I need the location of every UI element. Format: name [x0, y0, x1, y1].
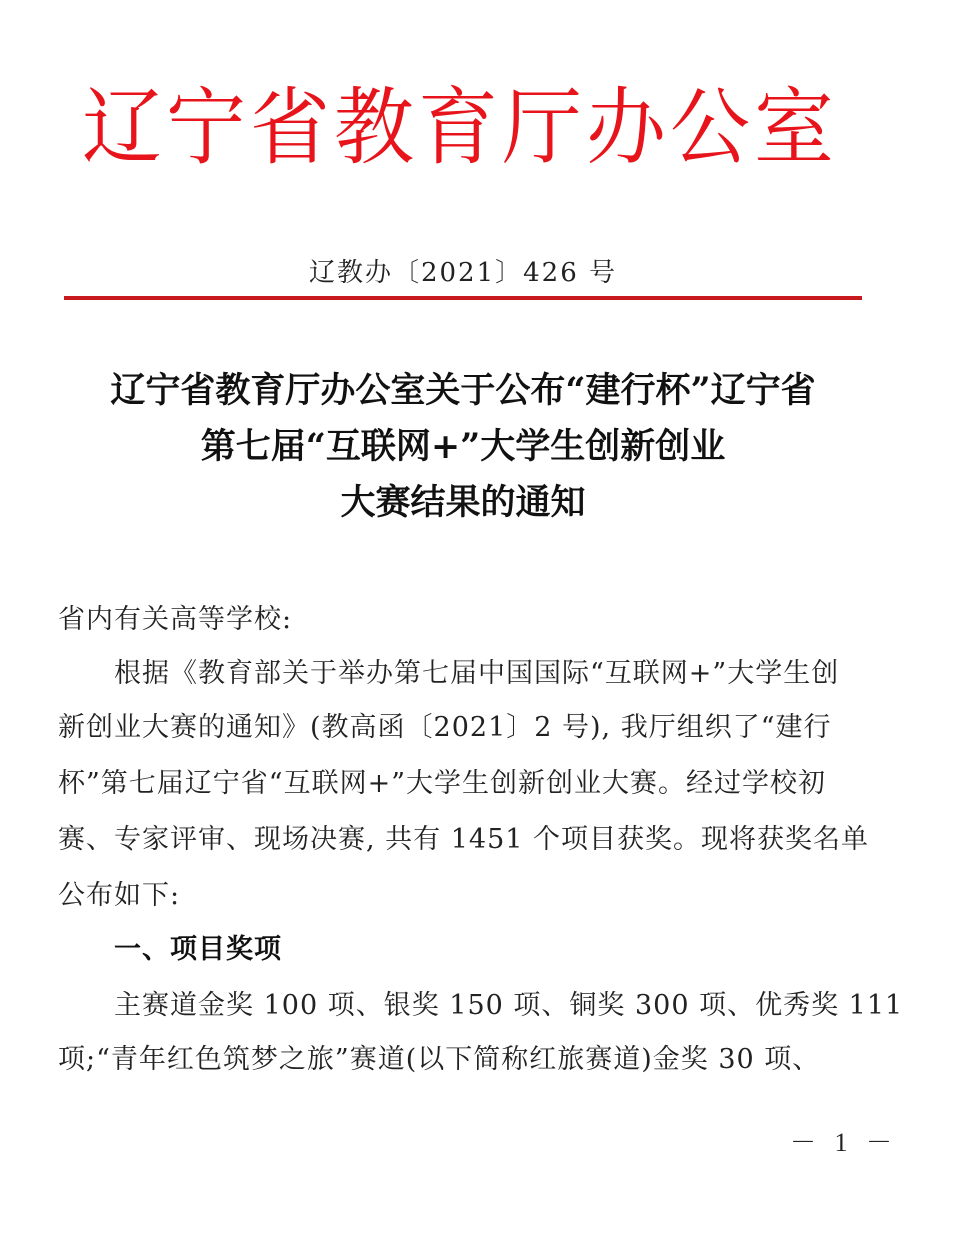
letterhead-char: 辽 [82, 76, 166, 181]
paragraph2-line: 主赛道金奖 100 项、银奖 150 项、铜奖 300 项、优秀奖 111 [114, 986, 870, 1026]
letterhead-char: 办 [586, 76, 670, 181]
notice-title-line-2: 第七届“互联网+”大学生创新创业 [0, 420, 926, 474]
paragraph2-line: 项;“青年红色筑梦之旅”赛道(以下简称红旅赛道)金奖 30 项、 [58, 1040, 870, 1080]
section-heading: 一、项目奖项 [114, 930, 870, 970]
letterhead-char: 宁 [166, 76, 250, 181]
paragraph1-line: 公布如下: [58, 876, 870, 916]
document-page: 辽 宁 省 教 育 厅 办 公 室 辽教办〔2021〕426 号 辽宁省教育厅办… [0, 0, 966, 1236]
letterhead-char: 厅 [502, 76, 586, 181]
paragraph1-line: 杯”第七届辽宁省“互联网+”大学生创新创业大赛。经过学校初 [58, 764, 870, 804]
document-number: 辽教办〔2021〕426 号 [0, 252, 926, 289]
page-number: － 1 － [790, 1122, 898, 1159]
letterhead-char: 教 [334, 76, 418, 181]
red-divider-rule [64, 296, 862, 300]
paragraph1-line: 根据《教育部关于举办第七届中国国际“互联网+”大学生创 [114, 654, 870, 694]
letterhead-title: 辽 宁 省 教 育 厅 办 公 室 [82, 78, 822, 178]
notice-title-line-3: 大赛结果的通知 [0, 476, 926, 530]
paragraph1-line: 新创业大赛的通知》(教高函〔2021〕2 号), 我厅组织了“建行 [58, 708, 870, 748]
letterhead-char: 室 [754, 76, 838, 181]
letterhead-char: 省 [250, 76, 334, 181]
letterhead-char: 公 [670, 76, 754, 181]
notice-title-line-1: 辽宁省教育厅办公室关于公布“建行杯”辽宁省 [0, 364, 926, 418]
salutation: 省内有关高等学校: [58, 600, 870, 640]
paragraph1-line: 赛、专家评审、现场决赛, 共有 1451 个项目获奖。现将获奖名单 [58, 820, 870, 860]
letterhead-char: 育 [418, 76, 502, 181]
